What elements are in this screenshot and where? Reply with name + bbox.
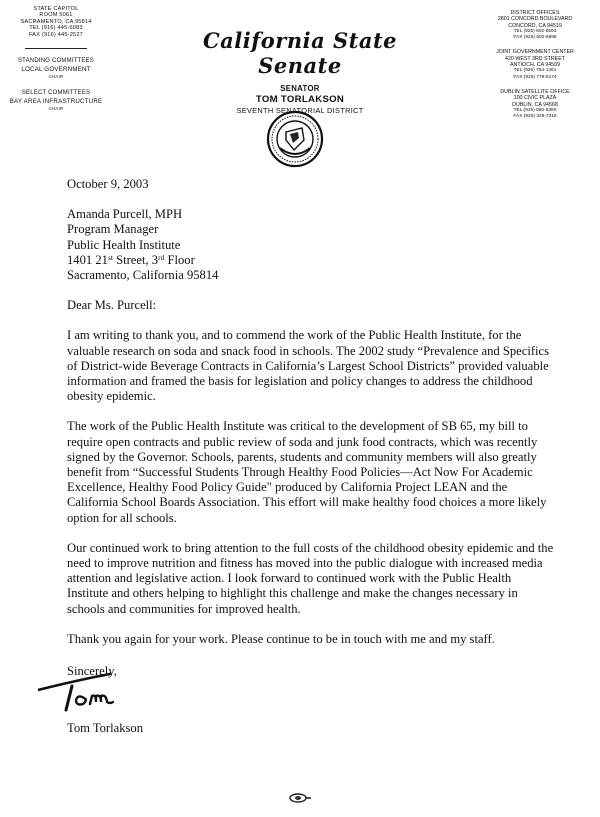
office-line: FAX (925) 602-6598 [470, 35, 600, 41]
select-committees-title: SELECT COMMITTEES [0, 90, 112, 96]
text-line: information and framed the basis for leg… [67, 374, 597, 389]
text-line: I am writing to thank you, and to commen… [67, 328, 597, 343]
district-office-dublin: DUBLIN SATELLITE OFFICE 100 CIVIC PLAZA … [470, 89, 600, 120]
text-line: signed by the Governor. Schools, parents… [67, 450, 597, 465]
recipient-address: Amanda Purcell, MPH Program Manager Publ… [67, 207, 597, 283]
office-line: FAX (925) 329-7318 [470, 114, 600, 120]
union-bug-icon [288, 790, 312, 800]
senate-seal-icon [266, 110, 324, 168]
capitol-address: STATE CAPITOL ROOM 5061 SACRAMENTO, CA 9… [0, 6, 112, 38]
senator-label: SENATOR [160, 84, 440, 93]
text-line: Excellence, Healthy Food Policy Guide" p… [67, 480, 597, 495]
text-line: schools and communities for improved hea… [67, 602, 597, 617]
paragraph-4: Thank you again for your work. Please co… [67, 632, 597, 647]
standing-committees-title: STANDING COMMITTEES [0, 58, 112, 64]
text-line: The work of the Public Health Institute … [67, 419, 597, 434]
letter-date: October 9, 2003 [67, 177, 597, 192]
office-line: FAX (925) 778-5174 [470, 75, 600, 81]
recipient-title: Program Manager [67, 222, 597, 237]
letterhead-right: DISTRICT OFFICES 2801 CONCORD BOULEVARD … [470, 10, 600, 128]
paragraph-3: Our continued work to bring attention to… [67, 541, 597, 617]
text-line: valuable research on soda and snack food… [67, 344, 597, 359]
recipient-name: Amanda Purcell, MPH [67, 207, 597, 222]
text-line: Thank you again for your work. Please co… [67, 632, 597, 647]
text-line: Our continued work to bring attention to… [67, 541, 597, 556]
text-line: option for all schools. [67, 511, 597, 526]
letter-body: October 9, 2003 Amanda Purcell, MPH Prog… [67, 177, 597, 662]
recipient-street: 1401 21st Street, 3rd Floor [67, 253, 597, 268]
select-committee: BAY AREA INFRASTRUCTURE [0, 99, 112, 105]
text-line: Institute and others helping to highligh… [67, 586, 597, 601]
text-line: attention and legislative action. I look… [67, 571, 597, 586]
text-line: benefit from “Successful Students Throug… [67, 465, 597, 480]
senate-title: California State Senate [160, 28, 440, 78]
letterhead-left: STATE CAPITOL ROOM 5061 SACRAMENTO, CA 9… [0, 6, 112, 111]
text-line: obesity epidemic. [67, 389, 597, 404]
district-office-concord: DISTRICT OFFICES 2801 CONCORD BOULEVARD … [470, 10, 600, 41]
district-office-antioch: JOINT GOVERNMENT CENTER 420 WEST 3RD STR… [470, 49, 600, 80]
signer-name: Tom Torlakson [67, 721, 143, 736]
text-line: need to improve nutrition and fitness ha… [67, 556, 597, 571]
text-line: require open contracts and public review… [67, 435, 597, 450]
senator-name: TOM TORLAKSON [160, 94, 440, 105]
salutation: Dear Ms. Purcell: [67, 298, 597, 313]
paragraph-1: I am writing to thank you, and to commen… [67, 328, 597, 404]
paragraph-2: The work of the Public Health Institute … [67, 419, 597, 525]
letterhead-center: California State Senate SENATOR TOM TORL… [160, 28, 440, 115]
capitol-line: FAX (916) 445-2527 [0, 32, 112, 38]
recipient-organization: Public Health Institute [67, 238, 597, 253]
text-line: of District-wide Beverage Contracts in C… [67, 359, 597, 374]
text-line: California School Boards Association. Th… [67, 495, 597, 510]
handwritten-signature [38, 672, 158, 714]
select-role: CHAIR [0, 106, 112, 111]
recipient-city: Sacramento, California 95814 [67, 268, 597, 283]
divider [25, 48, 87, 49]
